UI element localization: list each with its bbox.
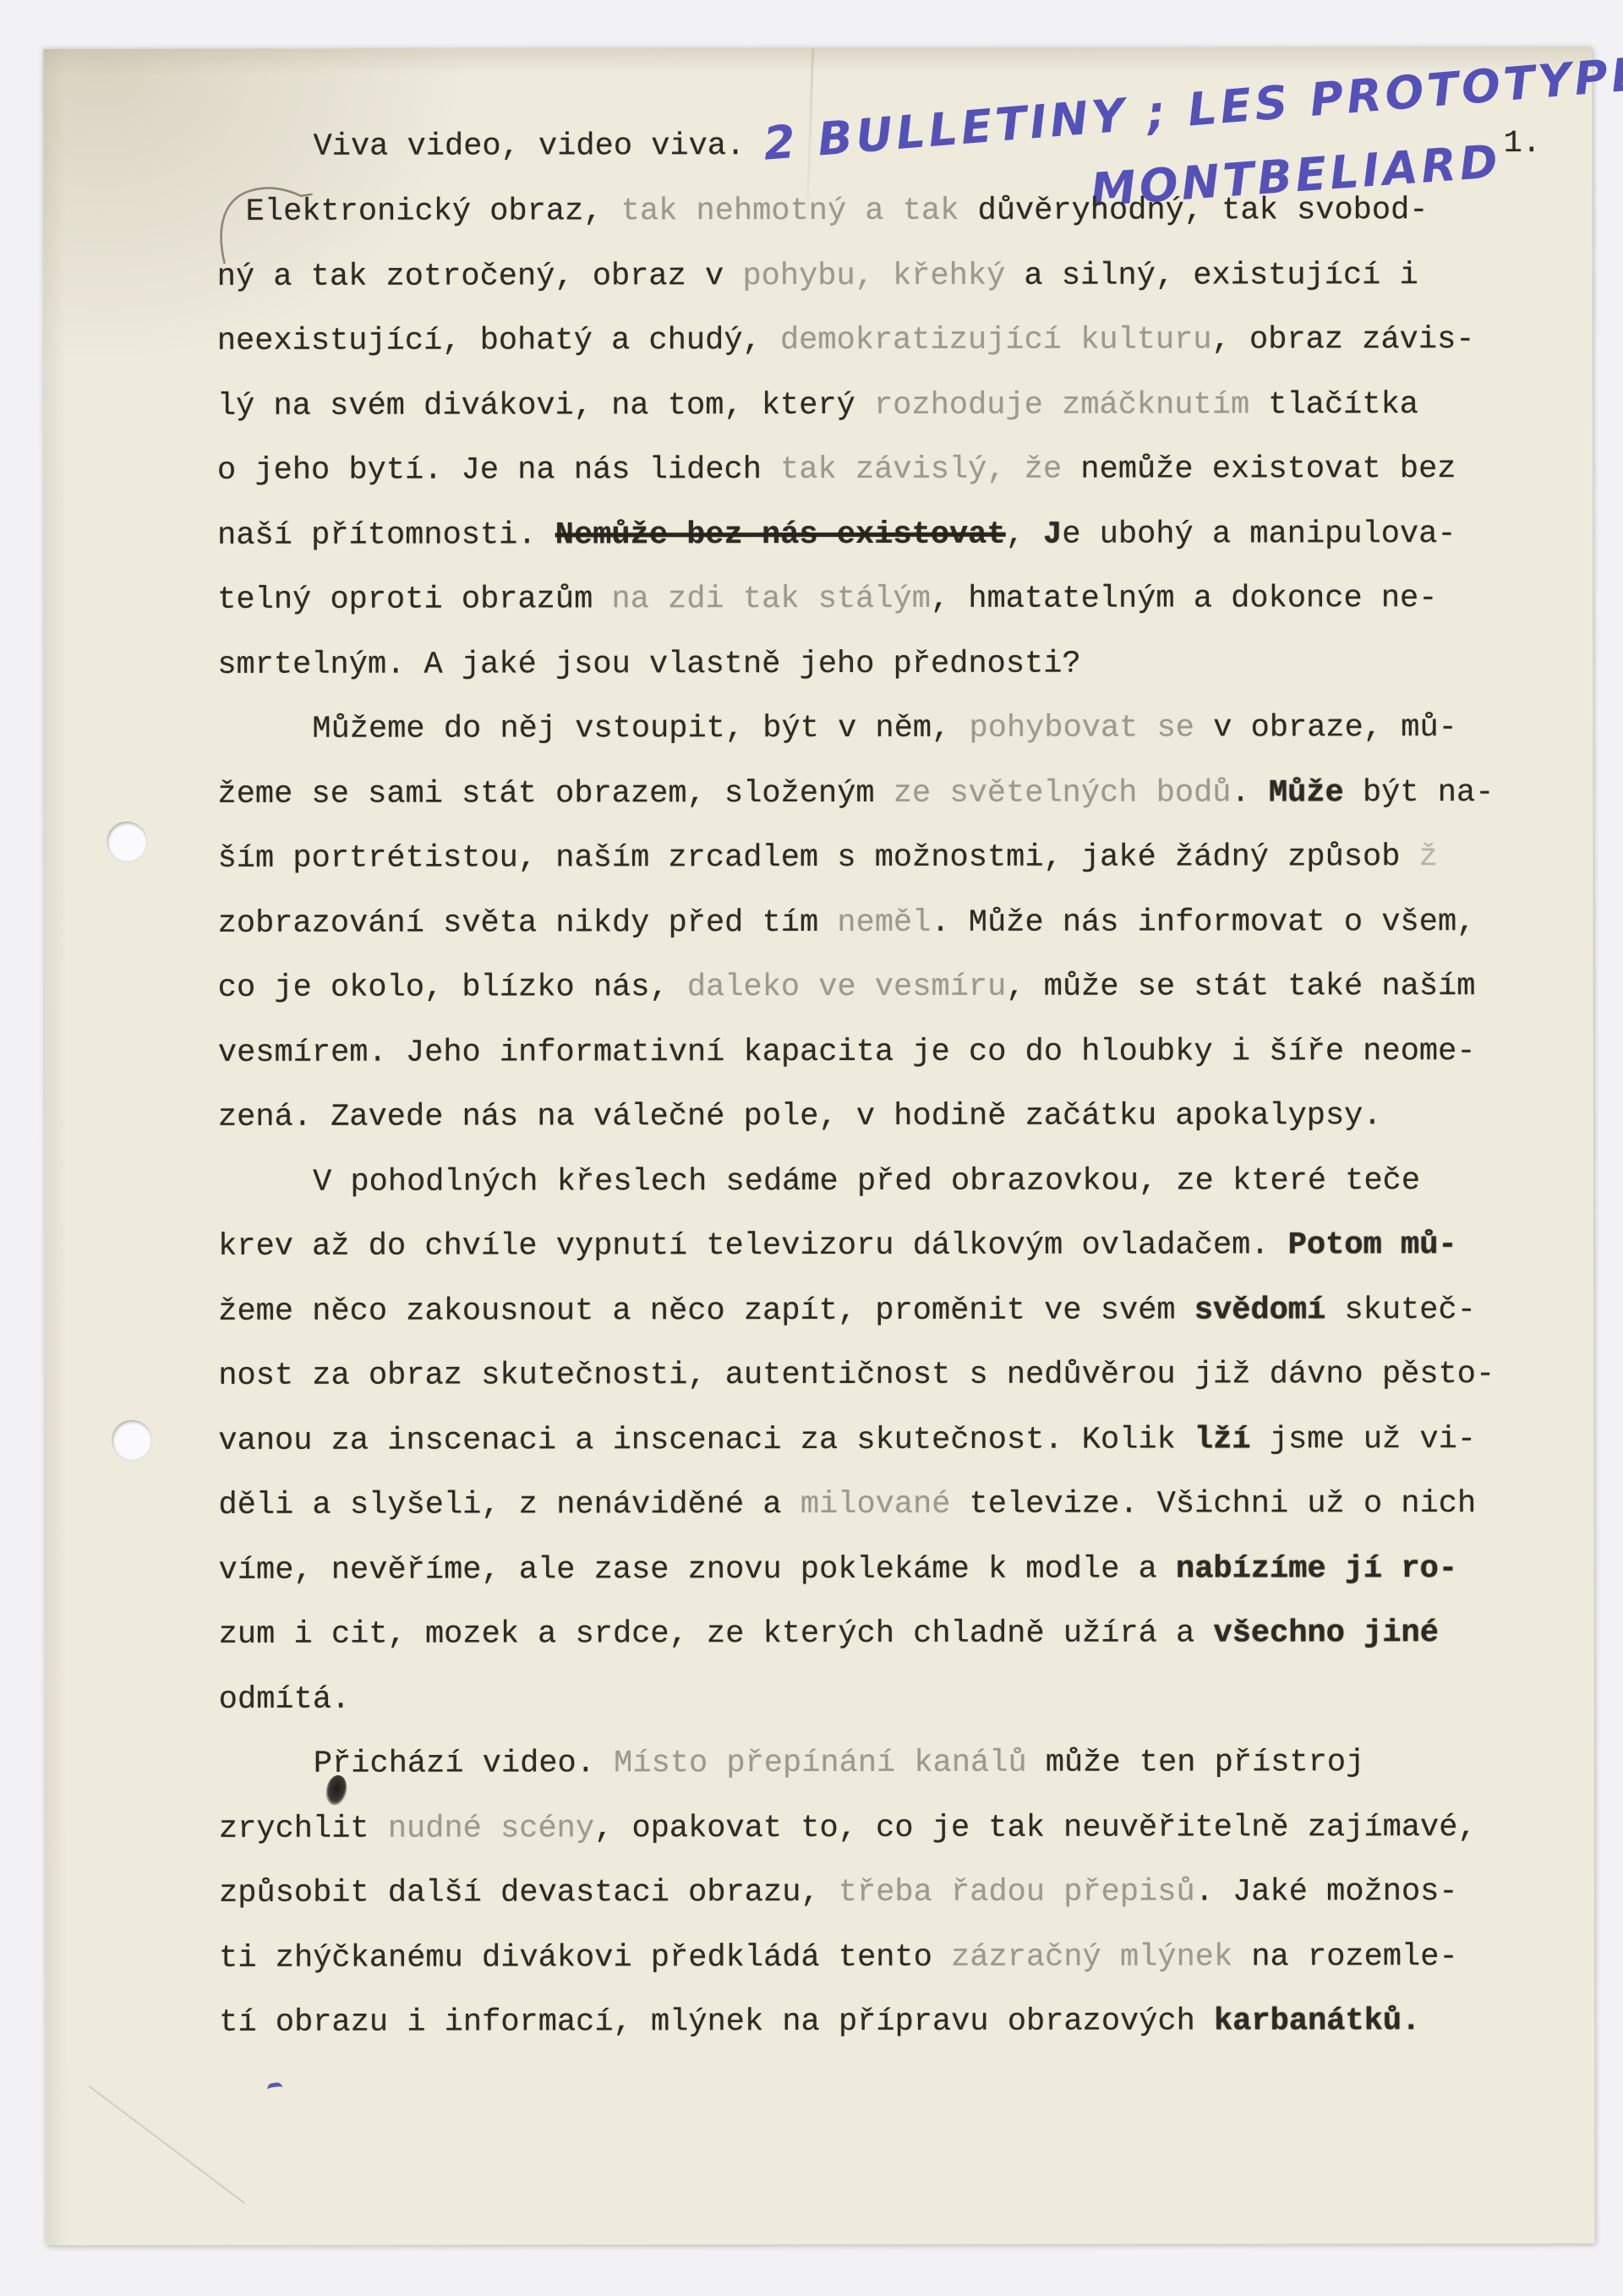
typescript-line: ším portrétistou, naším zrcadlem s možno… [218, 825, 1571, 891]
typescript-line: zrychlit nudné scény, opakovat to, co je… [219, 1795, 1571, 1861]
typed-text: být na- [1344, 775, 1495, 811]
document-title: Viva video, video viva. [314, 128, 746, 165]
typed-text: daleko ve vesmíru [687, 970, 1007, 1005]
typescript-line: víme, nevěříme, ale zase znovu poklekáme… [219, 1536, 1571, 1602]
typed-text: Může [1269, 775, 1344, 811]
punch-hole-bottom [112, 1420, 151, 1460]
typed-text: ším portrétistou, naším zrcadlem s možno… [218, 839, 1419, 877]
typed-text: smrtelným. A jaké jsou vlastně jeho před… [217, 646, 1080, 682]
typed-text: , může se stát také naším [1006, 969, 1475, 1005]
typed-text: , obraz závis- [1212, 322, 1475, 358]
typed-text: vesmírem. Jeho informativní kapacita je … [218, 1034, 1476, 1071]
typed-text: na rozemle- [1232, 1939, 1458, 1975]
typed-text: , [1006, 517, 1043, 552]
typed-text: zrychlit [219, 1811, 388, 1846]
typed-text: co je okolo, blízko nás, [218, 970, 687, 1006]
scanned-document-page: { "page": { "colors": { "background": "#… [0, 0, 1623, 2296]
typed-text: tak nehmotný a tak [621, 194, 978, 230]
typed-text: karbanátků. [1214, 2004, 1420, 2039]
typed-text: neměl [837, 905, 931, 940]
typescript-line: Elektronický obraz, tak nehmotný a tak d… [217, 178, 1570, 244]
typed-text: v obraze, mů- [1194, 710, 1457, 746]
typed-text: může ten přístroj [1027, 1745, 1365, 1780]
typescript-line: lý na svém divákovi, na tom, který rozho… [217, 372, 1570, 438]
typed-text: demokratizující kulturu [780, 322, 1212, 358]
typed-text: rozhoduje zmáčknutím [874, 387, 1249, 424]
typescript-line: zobrazování světa nikdy před tím neměl. … [218, 889, 1571, 955]
typescript-line: o jeho bytí. Je na nás lidech tak závisl… [217, 437, 1570, 503]
typescript-line: smrtelným. A jaké jsou vlastně jeho před… [217, 631, 1570, 697]
typed-text: zená. Zavede nás na válečné pole, v hodi… [218, 1098, 1382, 1135]
typescript-line: odmítá. [219, 1665, 1571, 1731]
typescript-line: telný oproti obrazům na zdi tak stálým, … [217, 566, 1570, 632]
typed-text: na zdi tak stálým [611, 582, 931, 617]
typescript-line: žeme něco zakousnout a něco zapít, promě… [218, 1277, 1571, 1343]
typed-text: e ubohý a manipulova- [1062, 517, 1456, 553]
typed-text: a silný, existující i [1005, 258, 1418, 294]
typescript-line: ti zhýčkanému divákovi předkládá tento z… [219, 1924, 1571, 1990]
typed-text: , hmatatelným a dokonce ne- [931, 581, 1438, 617]
typescript-body: Elektronický obraz, tak nehmotný a tak d… [217, 178, 1572, 2055]
typed-text: lý na svém divákovi, na tom, který [217, 387, 874, 424]
typed-text: televize. Všichni už o nich [950, 1486, 1476, 1522]
typescript-line: děli a slyšeli, z nenáviděné a milované … [218, 1472, 1571, 1538]
typed-text: . [1231, 775, 1268, 811]
page-number: 1. [1504, 126, 1541, 161]
typed-text: víme, nevěříme, ale zase znovu poklekáme… [219, 1551, 1176, 1588]
typed-text: všechno jiné [1213, 1615, 1439, 1651]
typed-text: zum i cit, mozek a srdce, ze kterých chl… [219, 1615, 1214, 1652]
typed-text: ti zhýčkanému divákovi předkládá tento [219, 1939, 951, 1976]
typescript-line: Přichází video. Místo přepínání kanálů m… [219, 1730, 1571, 1796]
typed-text: neexistující, bohatý a chudý, [217, 323, 780, 359]
typed-text: odmítá. [219, 1681, 350, 1717]
typed-text: skuteč- [1325, 1293, 1476, 1328]
typescript-line: vesmírem. Jeho informativní kapacita je … [218, 1019, 1571, 1085]
typed-text: svědomí [1194, 1293, 1325, 1328]
typed-text: tí obrazu i informací, mlýnek na příprav… [219, 2004, 1214, 2040]
typed-text: Potom mů- [1288, 1227, 1457, 1263]
typed-text: ný a tak zotročený, obraz v [217, 259, 743, 295]
typescript-line: tí obrazu i informací, mlýnek na příprav… [219, 1989, 1571, 2055]
typed-text: pohybovat se [970, 710, 1195, 746]
typescript-line: způsobit další devastaci obrazu, třeba ř… [219, 1860, 1571, 1926]
typescript-line: krev až do chvíle vypnutí televizoru dál… [218, 1213, 1571, 1279]
typed-text: o jeho bytí. Je na nás lidech [217, 452, 780, 489]
typed-text: tak závislý, že [780, 452, 1062, 488]
typescript-line: co je okolo, blízko nás, daleko ve vesmí… [218, 954, 1571, 1020]
typescript-line: zená. Zavede nás na válečné pole, v hodi… [218, 1084, 1571, 1150]
typescript-line: vanou za inscenaci a inscenaci za skuteč… [218, 1407, 1571, 1473]
typescript-line: naší přítomnosti. Nemůže bez nás existov… [217, 501, 1570, 567]
typed-text: jsme už vi- [1251, 1422, 1477, 1457]
typed-text: nost za obraz skutečnosti, autentičnost … [218, 1357, 1495, 1394]
typed-text: třeba řadou přepisů [839, 1874, 1195, 1911]
typed-text: Přichází video. [314, 1746, 614, 1781]
typed-text: lží [1194, 1422, 1251, 1457]
typed-text: ze světelných bodů [893, 775, 1232, 811]
typed-text: V pohodlných křeslech sedáme před obrazo… [313, 1163, 1420, 1200]
typed-text: Elektronický obraz, [246, 194, 621, 230]
typed-text: . Může nás informovat o všem, [931, 905, 1475, 941]
typed-text: žeme se sami stát obrazem, složeným [217, 775, 893, 812]
typed-text: tlačítka [1249, 387, 1418, 423]
typed-text: ž [1419, 839, 1438, 875]
typed-text: děli a slyšeli, z nenáviděné a [218, 1487, 800, 1523]
typescript-line: ný a tak zotročený, obraz v pohybu, křeh… [217, 243, 1570, 309]
scan-left-shadow [43, 49, 68, 2245]
typed-text: zázračný mlýnek [951, 1939, 1232, 1975]
paper-corner-crease [89, 2086, 245, 2204]
typed-text: způsobit další devastaci obrazu, [219, 1875, 839, 1911]
typed-text: žeme něco zakousnout a něco zapít, promě… [218, 1293, 1194, 1329]
typescript-line: nost za obraz skutečnosti, autentičnost … [218, 1342, 1571, 1408]
typed-text: J [1043, 517, 1062, 552]
typed-text: nemůže existovat bez [1062, 451, 1456, 488]
paper-sheet: 2 BULLETINY ; LES PROTOTYPES, MONTBELIAR… [43, 47, 1594, 2245]
typed-text: milované [801, 1487, 951, 1522]
typescript-line: neexistující, bohatý a chudý, demokratiz… [217, 308, 1570, 374]
typed-text: důvěryhodný, tak svobod- [978, 193, 1429, 229]
punch-hole-top [107, 822, 147, 861]
typed-text: nudné scény [388, 1811, 594, 1846]
struck-out-text: Nemůže bez nás existovat [555, 517, 1006, 553]
typescript-line: V pohodlných křeslech sedáme před obrazo… [218, 1148, 1571, 1214]
typed-text: nabízíme jí ro- [1176, 1551, 1457, 1587]
typed-text: Místo přepínání kanálů [614, 1746, 1027, 1782]
typed-text: vanou za inscenaci a inscenaci za skuteč… [218, 1422, 1194, 1458]
typed-text: Můžeme do něj vstoupit, být v něm, [312, 711, 969, 747]
typescript-line: zum i cit, mozek a srdce, ze kterých chl… [219, 1601, 1571, 1667]
typed-text: zobrazování světa nikdy před tím [218, 905, 838, 941]
blue-pen-dash [266, 2082, 283, 2096]
typescript-line: Můžeme do něj vstoupit, být v něm, pohyb… [217, 696, 1570, 762]
typed-text: naší přítomnosti. [217, 517, 555, 553]
typescript-line: žeme se sami stát obrazem, složeným ze s… [217, 760, 1570, 826]
typed-text: krev až do chvíle vypnutí televizoru dál… [218, 1227, 1288, 1265]
typed-text: . Jaké možnos- [1195, 1874, 1458, 1910]
typed-text: telný oproti obrazům [217, 582, 611, 618]
typed-text: , opakovat to, co je tak neuvěřitelně za… [594, 1810, 1477, 1846]
typed-text: pohybu, křehký [742, 258, 1005, 293]
